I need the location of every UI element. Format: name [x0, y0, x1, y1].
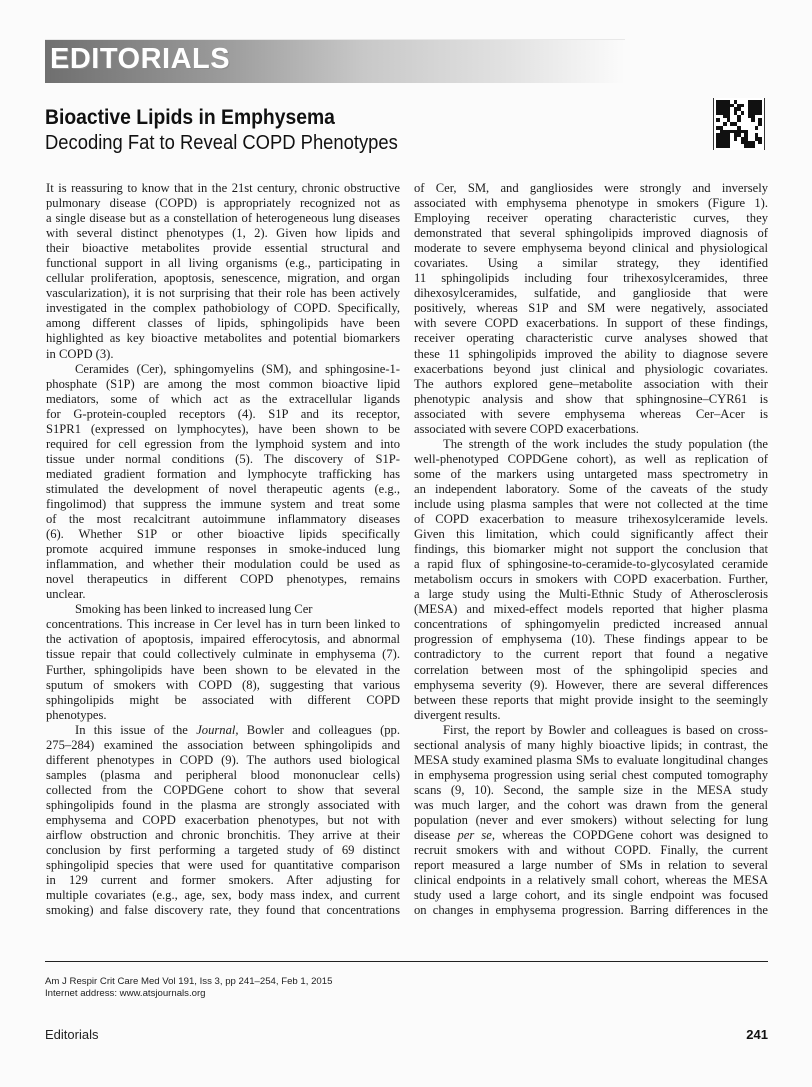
text-line: pulmonary disease (COPD) is appropriatel…: [46, 196, 400, 211]
text-line: divergent results.: [414, 708, 768, 723]
text-line: in 129 current and former smokers. After…: [46, 873, 400, 888]
text-line: First, the report by Bowler and colleagu…: [414, 723, 768, 738]
text-line: include using plasma samples that were n…: [414, 497, 768, 512]
text-line: (MESA) and mixed-effect models reported …: [414, 602, 768, 617]
text-line: some of the markers using untargeted mas…: [414, 467, 768, 482]
text-line: with severe COPD exacerbations. In suppo…: [414, 316, 768, 331]
text-line: conclusion by first performing a targete…: [46, 843, 400, 858]
text-line: clinical endpoints in a relatively small…: [414, 873, 768, 888]
text-line: covariates. Using a similar strategy, th…: [414, 256, 768, 271]
text-line: different phenotypes in COPD (9). The au…: [46, 753, 400, 768]
running-head: Editorials: [45, 1027, 98, 1042]
text-line: 275–284) examined the association betwee…: [46, 738, 400, 753]
text-line: tissue under normal conditions (5). The …: [46, 452, 400, 467]
text-line: MESA study examined plasma SMs to evalua…: [414, 753, 768, 768]
text-line: functional support in all living organis…: [46, 256, 400, 271]
text-line: on changes in emphysema progression. Bar…: [414, 903, 768, 918]
text-line: of Cer, SM, and gangliosides were strong…: [414, 181, 768, 196]
text-line: In this issue of the Journal, Bowler and…: [46, 723, 400, 738]
qr-code-icon[interactable]: [713, 98, 765, 150]
text-line: emphysema severity (9). However, there a…: [414, 678, 768, 693]
text-line: required for cell egression from the lym…: [46, 437, 400, 452]
text-line: positively, whereas S1P and SM were nega…: [414, 301, 768, 316]
text-line: phosphate (S1P) are among the most commo…: [46, 377, 400, 392]
text-line: of COPD exacerbation to measure trihexos…: [414, 512, 768, 527]
text-line: cellular proliferation, apoptosis, senes…: [46, 271, 400, 286]
text-line: recruit smokers with and without COPD. F…: [414, 843, 768, 858]
text-line: study used a large cohort, and its singl…: [414, 888, 768, 903]
text-line: for G-protein-coupled receptors (4). S1P…: [46, 407, 400, 422]
text-line: S1PR1 (expressed on lymphocytes), have b…: [46, 422, 400, 437]
text-line: emphysema and COPD exacerbation phenotyp…: [46, 813, 400, 828]
text-line: unclear.: [46, 587, 400, 602]
text-line: novel therapeutics in different COPD phe…: [46, 572, 400, 587]
text-line: smoking) and false discovery rate, they …: [46, 903, 400, 918]
left-column: It is reassuring to know that in the 21s…: [46, 181, 400, 918]
section-label: EDITORIALS: [50, 43, 230, 76]
text-line: progression of emphysema (10). These fin…: [414, 632, 768, 647]
text-line: contradictory to the current report that…: [414, 647, 768, 662]
text-line: receiver operating characteristic curve …: [414, 331, 768, 346]
text-line: stimulated the development of novel ther…: [46, 482, 400, 497]
text-line: mediators, some of which act as the extr…: [46, 392, 400, 407]
text-line: well-phenotyped COPDGene cohort), as wel…: [414, 452, 768, 467]
text-line: Further, sphingolipids have been shown t…: [46, 663, 400, 678]
text-line: associated with emphysema phenotype in s…: [414, 196, 768, 211]
text-line: report measured a large number of SMs in…: [414, 858, 768, 873]
text-line: sphingolipid species that were used for …: [46, 858, 400, 873]
text-line: population (never and ever smokers) with…: [414, 813, 768, 828]
text-line: metabolism occurs in smokers with COPD e…: [414, 572, 768, 587]
text-line: in COPD (3).: [46, 347, 400, 362]
text-line: a large study using the Multi-Ethnic Stu…: [414, 587, 768, 602]
text-line: a single disease but as a constellation …: [46, 211, 400, 226]
text-line: was much larger, and the cohort was draw…: [414, 798, 768, 813]
text-line: Ceramides (Cer), sphingomyelins (SM), an…: [46, 362, 400, 377]
text-line: an independent laboratory. Some of the c…: [414, 482, 768, 497]
text-line: fingolimod) that suppress the immune sys…: [46, 497, 400, 512]
text-line: collected from the COPDGene cohort to sh…: [46, 783, 400, 798]
text-line: (6). Whether S1P or other bioactive lipi…: [46, 527, 400, 542]
text-line: in emphysema progression using serial ch…: [414, 768, 768, 783]
citation-block: Am J Respir Crit Care Med Vol 191, Iss 3…: [45, 976, 332, 1000]
footer-divider: [45, 961, 768, 962]
text-line: dihexosylceramides, sulfatide, and gangl…: [414, 286, 768, 301]
text-line: their bioactive metabolites provide esse…: [46, 241, 400, 256]
text-line: sectional analysis of many highly bioact…: [414, 738, 768, 753]
text-line: scans (9, 10). Second, the sample size i…: [414, 783, 768, 798]
text-line: highlighted as key bioactive metabolites…: [46, 331, 400, 346]
text-line: the activation of apoptosis, impaired ef…: [46, 632, 400, 647]
text-line: correlation between most of the sphingol…: [414, 663, 768, 678]
text-line: multiple covariates (e.g., age, sex, bod…: [46, 888, 400, 903]
text-line: between these reports that might provide…: [414, 693, 768, 708]
text-line: It is reassuring to know that in the 21s…: [46, 181, 400, 196]
text-line: demonstrated that several sphingolipids …: [414, 226, 768, 241]
text-line: concentrations. This increase in Cer lev…: [46, 617, 400, 632]
text-line: Given this limitation, which could signi…: [414, 527, 768, 542]
text-line: The strength of the work includes the st…: [414, 437, 768, 452]
text-line: Employing receiver operating characteris…: [414, 211, 768, 226]
text-line: tissue repair that could collectively cu…: [46, 647, 400, 662]
text-line: of the most recalcitrant autoimmune infl…: [46, 512, 400, 527]
journal-citation: Am J Respir Crit Care Med Vol 191, Iss 3…: [45, 976, 332, 988]
article-title: Bioactive Lipids in Emphysema: [45, 106, 335, 130]
text-line: The authors explored gene–metabolite ass…: [414, 377, 768, 392]
page-number: 241: [746, 1027, 768, 1042]
text-line: sphingolipids might be associated with d…: [46, 693, 400, 708]
text-line: exacerbations beyond just clinical and p…: [414, 362, 768, 377]
text-line: promote acquired immune responses in smo…: [46, 542, 400, 557]
right-column: of Cer, SM, and gangliosides were strong…: [414, 181, 768, 918]
text-line: these 11 sphingolipids improved the abil…: [414, 347, 768, 362]
text-line: with several distinct phenotypes (1, 2).…: [46, 226, 400, 241]
text-line: airflow obstruction and chronic bronchit…: [46, 828, 400, 843]
text-line: sphingolipids found in the plasma are st…: [46, 798, 400, 813]
text-line: phenotypic analysis and show that sphing…: [414, 392, 768, 407]
text-line: phenotypes.: [46, 708, 400, 723]
text-line: mediated gradient formation and lymphocy…: [46, 467, 400, 482]
text-line: sputum of smokers with COPD (8), suggest…: [46, 678, 400, 693]
text-line: among different classes of lipids, sphin…: [46, 316, 400, 331]
text-line: inflammation, and whether their modulati…: [46, 557, 400, 572]
text-line: investigated in the complex pathobiology…: [46, 301, 400, 316]
text-line: findings, this biomarker might not suppo…: [414, 542, 768, 557]
article-subtitle: Decoding Fat to Reveal COPD Phenotypes: [45, 132, 398, 155]
text-line: moderate to severe emphysema beyond clin…: [414, 241, 768, 256]
text-line: samples (plasma and peripheral blood mon…: [46, 768, 400, 783]
text-line: associated with severe COPD exacerbation…: [414, 422, 768, 437]
internet-address: Internet address: www.atsjournals.org: [45, 988, 332, 1000]
text-line: vascularization), it is not surprising t…: [46, 286, 400, 301]
text-line: 11 sphingolipids including four trihexos…: [414, 271, 768, 286]
text-line: Smoking has been linked to increased lun…: [46, 602, 400, 617]
text-line: concentrations of sphingomyelin predicte…: [414, 617, 768, 632]
text-line: associated with severe emphysema whereas…: [414, 407, 768, 422]
section-banner: EDITORIALS: [45, 39, 625, 83]
text-line: a rapid flux of sphingosine-to-ceramide-…: [414, 557, 768, 572]
text-line: disease per se, whereas the COPDGene coh…: [414, 828, 768, 843]
